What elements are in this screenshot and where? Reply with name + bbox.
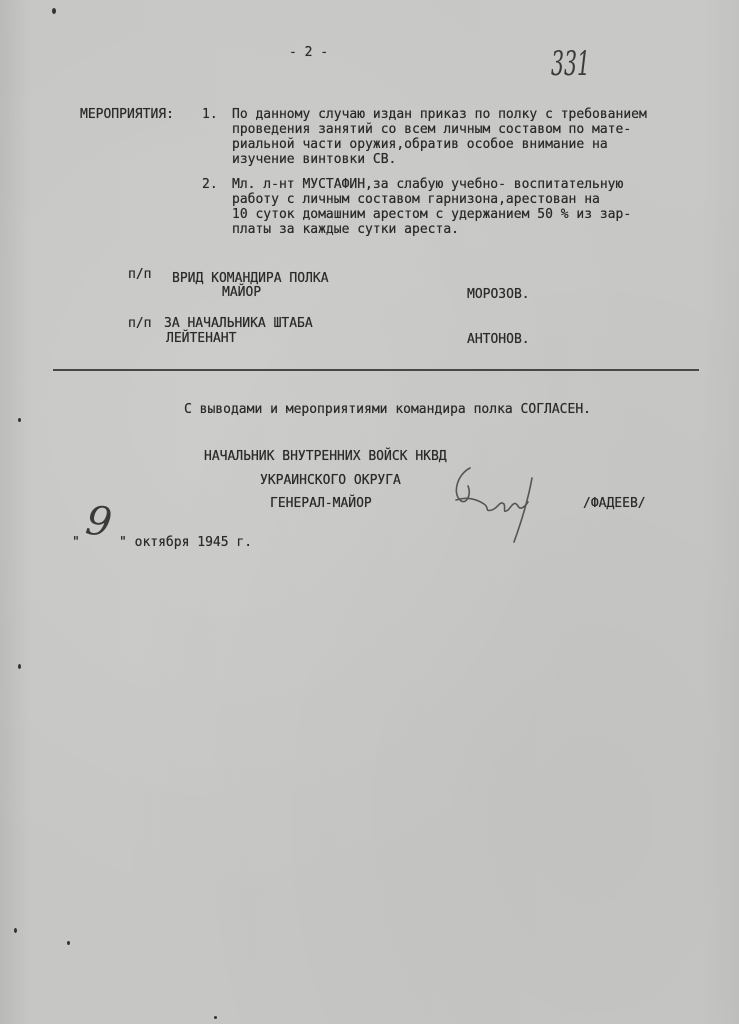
signature-2-title: ЗА НАЧАЛЬНИКА ШТАБА	[164, 316, 313, 332]
date-line: " " октября 1945 г.	[72, 535, 252, 551]
measure-item-1-line-3: риальной части оружия,обратив особое вни…	[232, 137, 608, 153]
measure-item-1-line-1: По данному случаю издан приказ по полку …	[232, 107, 647, 123]
ink-speck	[52, 8, 56, 14]
measure-item-2-line-4: платы за каждые сутки ареста.	[232, 222, 459, 238]
approver-rank: ГЕНЕРАЛ-МАЙОР	[270, 496, 372, 512]
measure-item-2-line-2: работу с личным составом гарнизона,арест…	[232, 192, 600, 208]
ink-speck	[18, 664, 21, 669]
signature-2-name: АНТОНОВ.	[467, 332, 530, 348]
signature-1-rank: МАЙОР	[222, 285, 261, 301]
document-page: - 2 - 331 МЕРОПРИЯТИЯ: 1. По данному слу…	[0, 0, 739, 1024]
measure-item-1-line-2: проведения занятий со всем личным состав…	[232, 122, 631, 138]
signature-2-rank: ЛЕЙТЕНАНТ	[166, 331, 236, 347]
divider-line	[53, 369, 699, 371]
handwritten-signature-icon	[448, 460, 558, 550]
date-month-year: октября 1945 г.	[135, 535, 252, 550]
date-open-quote: "	[72, 535, 80, 550]
page-number: - 2 -	[289, 45, 328, 61]
measure-item-2-line-1: Мл. л-нт МУСТАФИН,за слабую учебно- восп…	[232, 177, 623, 193]
approver-position-line-2: УКРАИНСКОГО ОКРУГА	[260, 473, 401, 489]
measure-item-2-number: 2.	[202, 177, 218, 193]
signature-2-prefix: п/п	[128, 316, 151, 332]
ink-speck	[14, 928, 17, 933]
ink-speck	[214, 1016, 217, 1019]
date-close-quote: "	[119, 535, 127, 550]
archive-number: 331	[551, 46, 590, 82]
measure-item-1-line-4: изучение винтовки СВ.	[232, 152, 396, 168]
signature-1-name: МОРОЗОВ.	[467, 287, 530, 303]
approver-name: /ФАДЕЕВ/	[583, 496, 646, 512]
signature-1-prefix: п/п	[128, 267, 151, 283]
measures-label: МЕРОПРИЯТИЯ:	[80, 107, 174, 123]
measure-item-1-number: 1.	[202, 107, 218, 123]
ink-speck	[18, 418, 21, 422]
ink-speck	[67, 941, 70, 945]
approver-position-line-1: НАЧАЛЬНИК ВНУТРЕННИХ ВОЙСК НКВД	[204, 449, 447, 465]
measure-item-2-line-3: 10 суток домашним арестом с удержанием 5…	[232, 207, 631, 223]
approval-statement: С выводами и мероприятиями командира пол…	[184, 402, 591, 418]
